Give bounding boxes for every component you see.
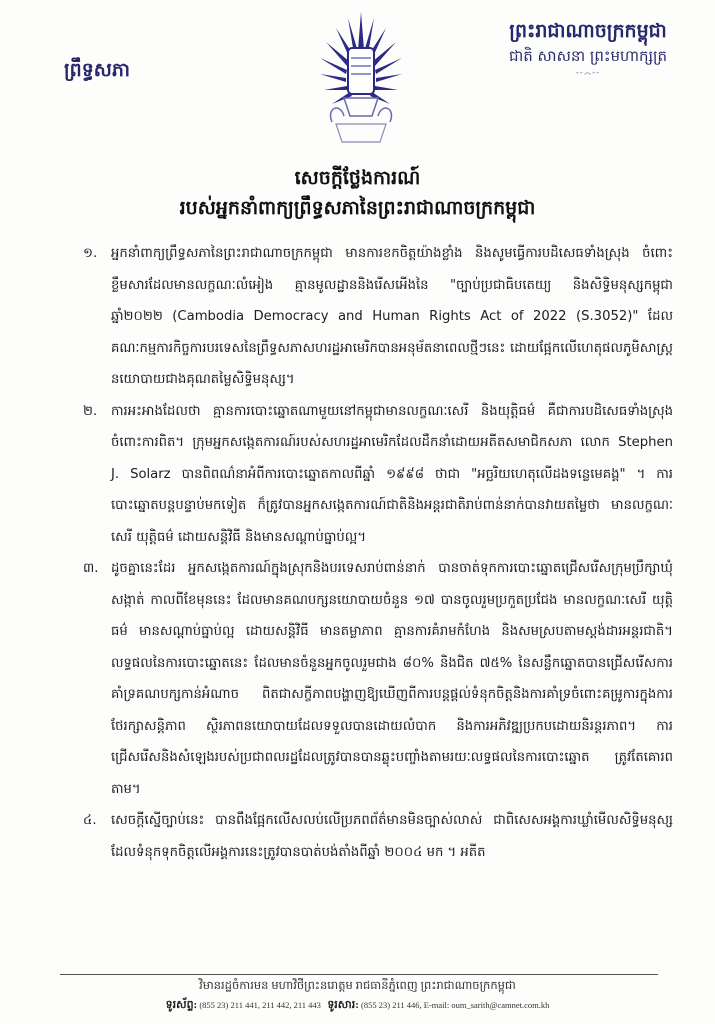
national-motto: ជាតិ សាសនា ព្រះមហាក្សត្រ (478, 44, 698, 68)
document-subtitle: របស់អ្នកនាំពាក្យព្រឹទ្ធសភានៃព្រះរាជាណាចក… (0, 196, 715, 224)
phone-numbers: (855 23) 211 441, 211 442, 211 443 (199, 1000, 321, 1010)
document-title: សេចក្តីថ្លែងការណ៍ (0, 166, 715, 194)
kingdom-name: ព្រះរាជាណាចក្រកម្ពុជា (478, 18, 698, 44)
paragraph-number: ៤. (83, 805, 97, 837)
paragraph-1: ១. អ្នកនាំពាក្យព្រឹទ្ធសភានៃព្រះរាជាណាចក្… (83, 238, 673, 396)
paragraph-text: សេចក្តីស្នើច្បាប់នេះ បានពឹងផ្អែកលើសលប់លើ… (111, 813, 673, 860)
paragraph-text: អ្នកនាំពាក្យព្រឹទ្ធសភានៃព្រះរាជាណាចក្រកម… (111, 246, 673, 387)
paragraph-number: ៣. (83, 553, 98, 585)
institution-name: ព្រឹទ្ធសភា (64, 58, 130, 86)
paragraph-number: ១. (83, 238, 97, 270)
paragraph-text: ការអះអាងដែលថា គ្មានការបោះឆ្នោតណាមួយនៅកម្… (111, 404, 673, 545)
footer-divider (60, 974, 658, 975)
ornament-divider: --෴-- (478, 68, 698, 78)
fax-email: (855 23) 211 446, E-mail: oum_sarith@cam… (361, 1000, 549, 1010)
document-body: ១. អ្នកនាំពាក្យព្រឹទ្ធសភានៃព្រះរាជាណាចក្… (83, 238, 673, 868)
footer-address: វិមានរដ្ឋចំការមន មហាវិថីព្រះនរោត្តម រាជធ… (0, 978, 715, 995)
paragraph-3: ៣. ដូចគ្នានេះដែរ អ្នកសង្កេតការណ៍ក្នុងស្រ… (83, 553, 673, 805)
senate-emblem-icon (318, 12, 404, 148)
paragraph-4: ៤. សេចក្តីស្នើច្បាប់នេះ បានពឹងផ្អែកលើសលប… (83, 805, 673, 868)
paragraph-2: ២. ការអះអាងដែលថា គ្មានការបោះឆ្នោតណាមួយនៅ… (83, 396, 673, 554)
phone-label: ទូរស័ព្ទ: (166, 999, 198, 1011)
fax-label: ទូរសារ: (327, 999, 359, 1011)
footer-contact: ទូរស័ព្ទ: (855 23) 211 441, 211 442, 211… (0, 998, 715, 1014)
paragraph-text: ដូចគ្នានេះដែរ អ្នកសង្កេតការណ៍ក្នុងស្រុកន… (111, 561, 673, 797)
kingdom-header: ព្រះរាជាណាចក្រកម្ពុជា ជាតិ សាសនា ព្រះមហា… (478, 18, 698, 78)
paragraph-number: ២. (83, 396, 97, 428)
